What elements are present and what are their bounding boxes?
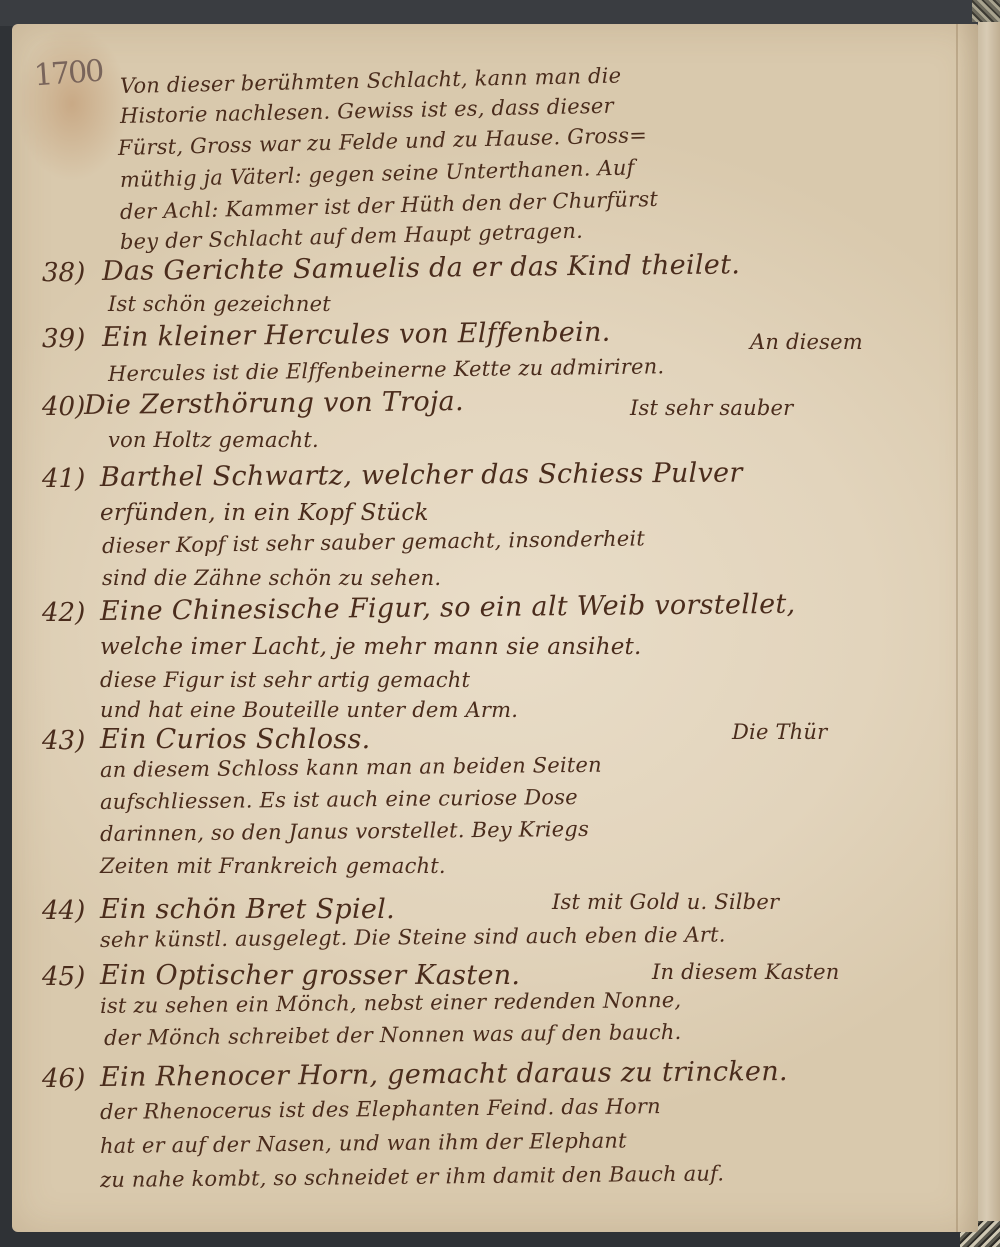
entry-note: der Rhenocerus ist des Elephanten Feind.… bbox=[100, 1094, 661, 1124]
entry-title: Ein Curios Schloss. bbox=[100, 724, 371, 755]
entry-title: Barthel Schwartz, welcher das Schiess Pu… bbox=[100, 458, 743, 493]
intro-line: Fürst, Gross war zu Felde und zu Hause. … bbox=[118, 123, 648, 160]
entry-note: sehr künstl. ausgelegt. Die Steine sind … bbox=[100, 923, 726, 952]
entry-note: In diesem Kasten bbox=[652, 960, 839, 984]
entry-title-continued: erfünden, in ein Kopf Stück bbox=[100, 500, 429, 526]
entry-note: aufschliessen. Es ist auch eine curiose … bbox=[100, 785, 578, 814]
intro-line: müthig ja Väterl: gegen seine Unterthane… bbox=[120, 155, 635, 192]
entry-note: diese Figur ist sehr artig gemacht bbox=[100, 668, 470, 692]
entry-title: Die Zersthörung von Troja. bbox=[84, 386, 464, 421]
folio-number: 1700 bbox=[33, 54, 104, 94]
intro-line: Von dieser berühmten Schlacht, kann man … bbox=[120, 64, 622, 98]
entry-note: Die Thür bbox=[732, 720, 827, 744]
entry-note: ist zu sehen ein Mönch, nebst einer rede… bbox=[100, 988, 682, 1018]
entry-note: Zeiten mit Frankreich gemacht. bbox=[100, 854, 446, 878]
entry-note: und hat eine Bouteille unter dem Arm. bbox=[100, 698, 518, 722]
intro-line: Historie nachlesen. Gewiss ist es, dass … bbox=[120, 94, 614, 128]
entry-number: 42) bbox=[42, 598, 85, 628]
entry-title-continued: welche imer Lacht, je mehr mann sie ansi… bbox=[100, 634, 642, 660]
entry-note: zu nahe kombt, so schneidet er ihm damit… bbox=[100, 1161, 724, 1192]
entry-note: darinnen, so den Janus vorstellet. Bey K… bbox=[100, 817, 589, 846]
page-fold-shadow bbox=[958, 24, 978, 1232]
intro-line: bey der Schlacht auf dem Haupt getragen. bbox=[120, 219, 584, 254]
entry-number: 39) bbox=[42, 324, 85, 354]
entry-number: 41) bbox=[42, 464, 85, 494]
entry-title: Das Gerichte Samuelis da er das Kind the… bbox=[102, 249, 740, 287]
entry-note: hat er auf der Nasen, und wan ihm der El… bbox=[100, 1128, 627, 1158]
entry-title: Eine Chinesische Figur, so ein alt Weib … bbox=[100, 589, 796, 627]
entry-note: Ist sehr sauber bbox=[630, 396, 793, 420]
entry-title: Ein kleiner Hercules von Elffenbein. bbox=[102, 317, 611, 353]
entry-number: 40) bbox=[42, 392, 85, 422]
entry-number: 38) bbox=[42, 258, 85, 288]
entry-note: dieser Kopf ist sehr sauber gemacht, ins… bbox=[102, 526, 645, 558]
entry-number: 45) bbox=[42, 962, 85, 992]
entry-note: An diesem bbox=[750, 330, 863, 354]
entry-note: an diesem Schloss kann man an beiden Sei… bbox=[100, 753, 602, 782]
entry-note: Hercules ist die Elffenbeinerne Kette zu… bbox=[108, 354, 665, 386]
entry-title: Ein Optischer grosser Kasten. bbox=[100, 960, 520, 991]
entry-number: 44) bbox=[42, 896, 85, 926]
entry-note: Ist mit Gold u. Silber bbox=[552, 890, 779, 914]
book-binding-edge bbox=[978, 0, 1000, 1247]
entry-number: 43) bbox=[42, 726, 85, 756]
entry-note: Ist schön gezeichnet bbox=[108, 292, 331, 316]
entry-note: von Holtz gemacht. bbox=[108, 428, 319, 452]
manuscript-page: 1700 Von dieser berühmten Schlacht, kann… bbox=[12, 24, 978, 1232]
binding-cloth-top bbox=[972, 0, 1000, 22]
entry-number: 46) bbox=[42, 1064, 85, 1094]
scanner-background bbox=[0, 0, 1000, 26]
entry-title: Ein schön Bret Spiel. bbox=[100, 894, 395, 925]
entry-title: Ein Rhenocer Horn, gemacht daraus zu tri… bbox=[100, 1056, 788, 1093]
entry-note: sind die Zähne schön zu sehen. bbox=[102, 566, 441, 590]
entry-note: der Mönch schreibet der Nonnen was auf d… bbox=[104, 1020, 682, 1050]
